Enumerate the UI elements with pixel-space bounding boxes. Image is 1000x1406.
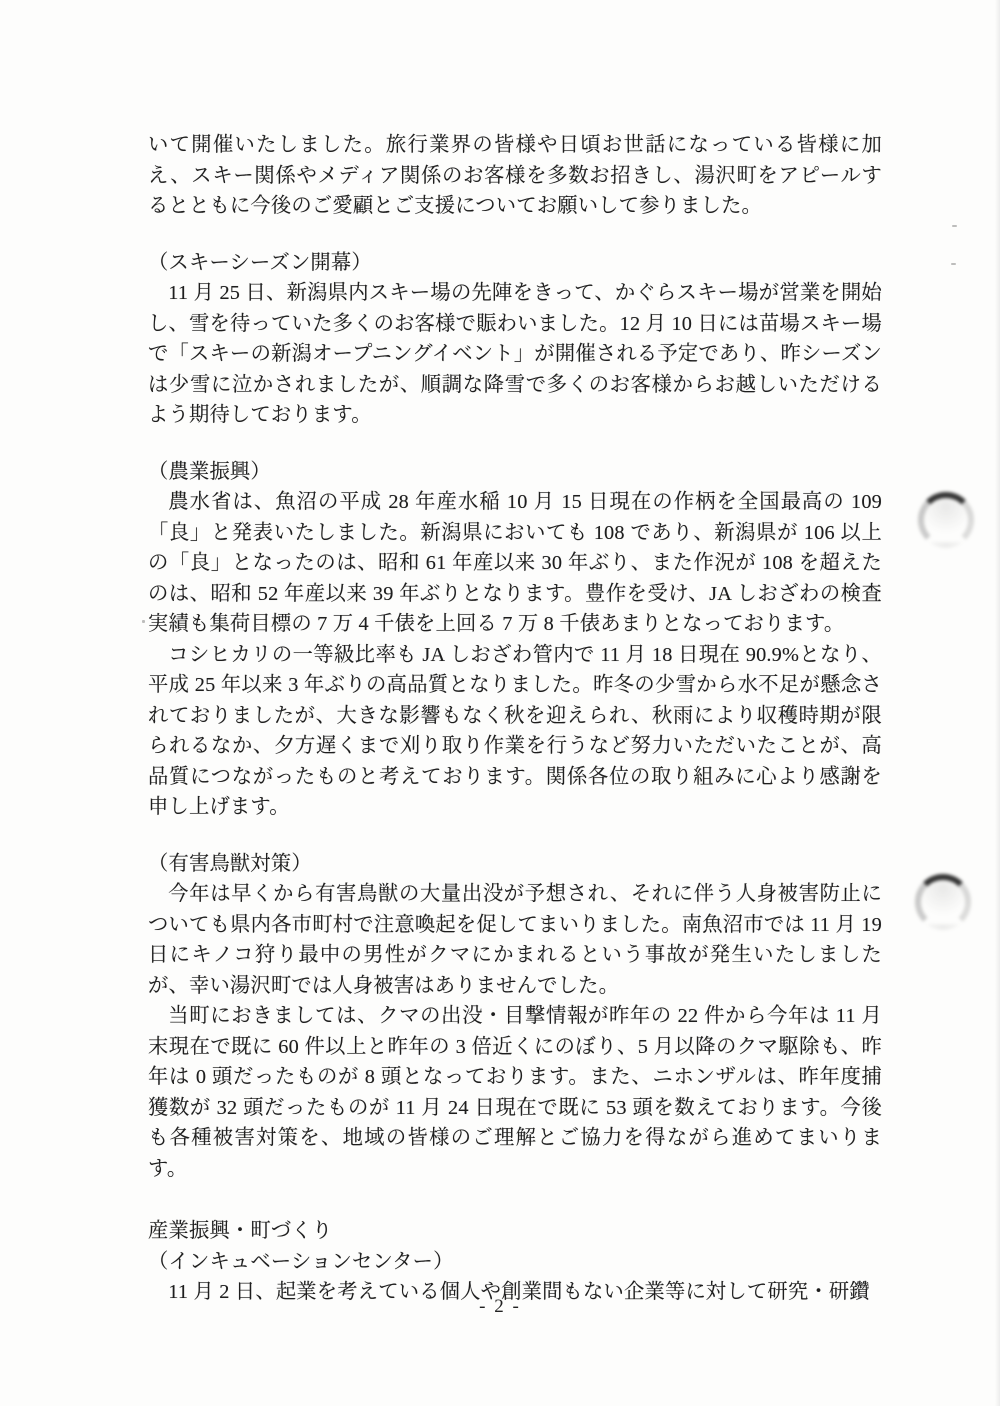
scan-edge-shadow: [995, 0, 1000, 1406]
scanned-document-page: いて開催いたしました。旅行業界の皆様や日頃お世話になっている皆様に加え、スキー関…: [0, 0, 1000, 1406]
heading-harmful-wildlife-measures: （有害鳥獣対策）: [148, 849, 882, 880]
punch-hole-shadow-upper: [918, 492, 974, 548]
document-body: いて開催いたしました。旅行業界の皆様や日頃お世話になっている皆様に加え、スキー関…: [148, 130, 882, 1308]
heading-incubation-center: （インキュベーションセンター）: [148, 1247, 882, 1278]
scan-speck: [951, 263, 956, 265]
scan-speck: [142, 620, 145, 623]
paragraph-ski-season: 11 月 25 日、新潟県内スキー場の先陣をきって、かぐらスキー場が営業を開始し…: [148, 278, 882, 431]
page-number: - 2 -: [0, 1296, 1000, 1318]
paragraph-wildlife-warning: 今年は早くから有害鳥獣の大量出没が予想され、それに伴う人身被害防止についても県内…: [148, 879, 882, 1001]
heading-ski-season-opening: （スキーシーズン開幕）: [148, 248, 882, 279]
paragraph-koshihikari-quality: コシヒカリの一等級比率も JA しおざわ管内で 11 月 18 日現在 90.9…: [148, 640, 882, 823]
paragraph-continuation: いて開催いたしました。旅行業界の皆様や日頃お世話になっている皆様に加え、スキー関…: [148, 130, 882, 222]
section-title-industry-town-development: 産業振興・町づくり: [148, 1216, 882, 1247]
heading-agriculture-promotion: （農業振興）: [148, 457, 882, 488]
punch-hole-shadow-lower: [915, 874, 971, 930]
paragraph-bear-monkey-counts: 当町におきましては、クマの出没・目撃情報が昨年の 22 件から今年は 11 月末…: [148, 1001, 882, 1184]
scan-speck: [952, 225, 957, 227]
paragraph-rice-crop-rating: 農水省は、魚沼の平成 28 年産水稲 10 月 15 日現在の作柄を全国最高の …: [148, 487, 882, 640]
